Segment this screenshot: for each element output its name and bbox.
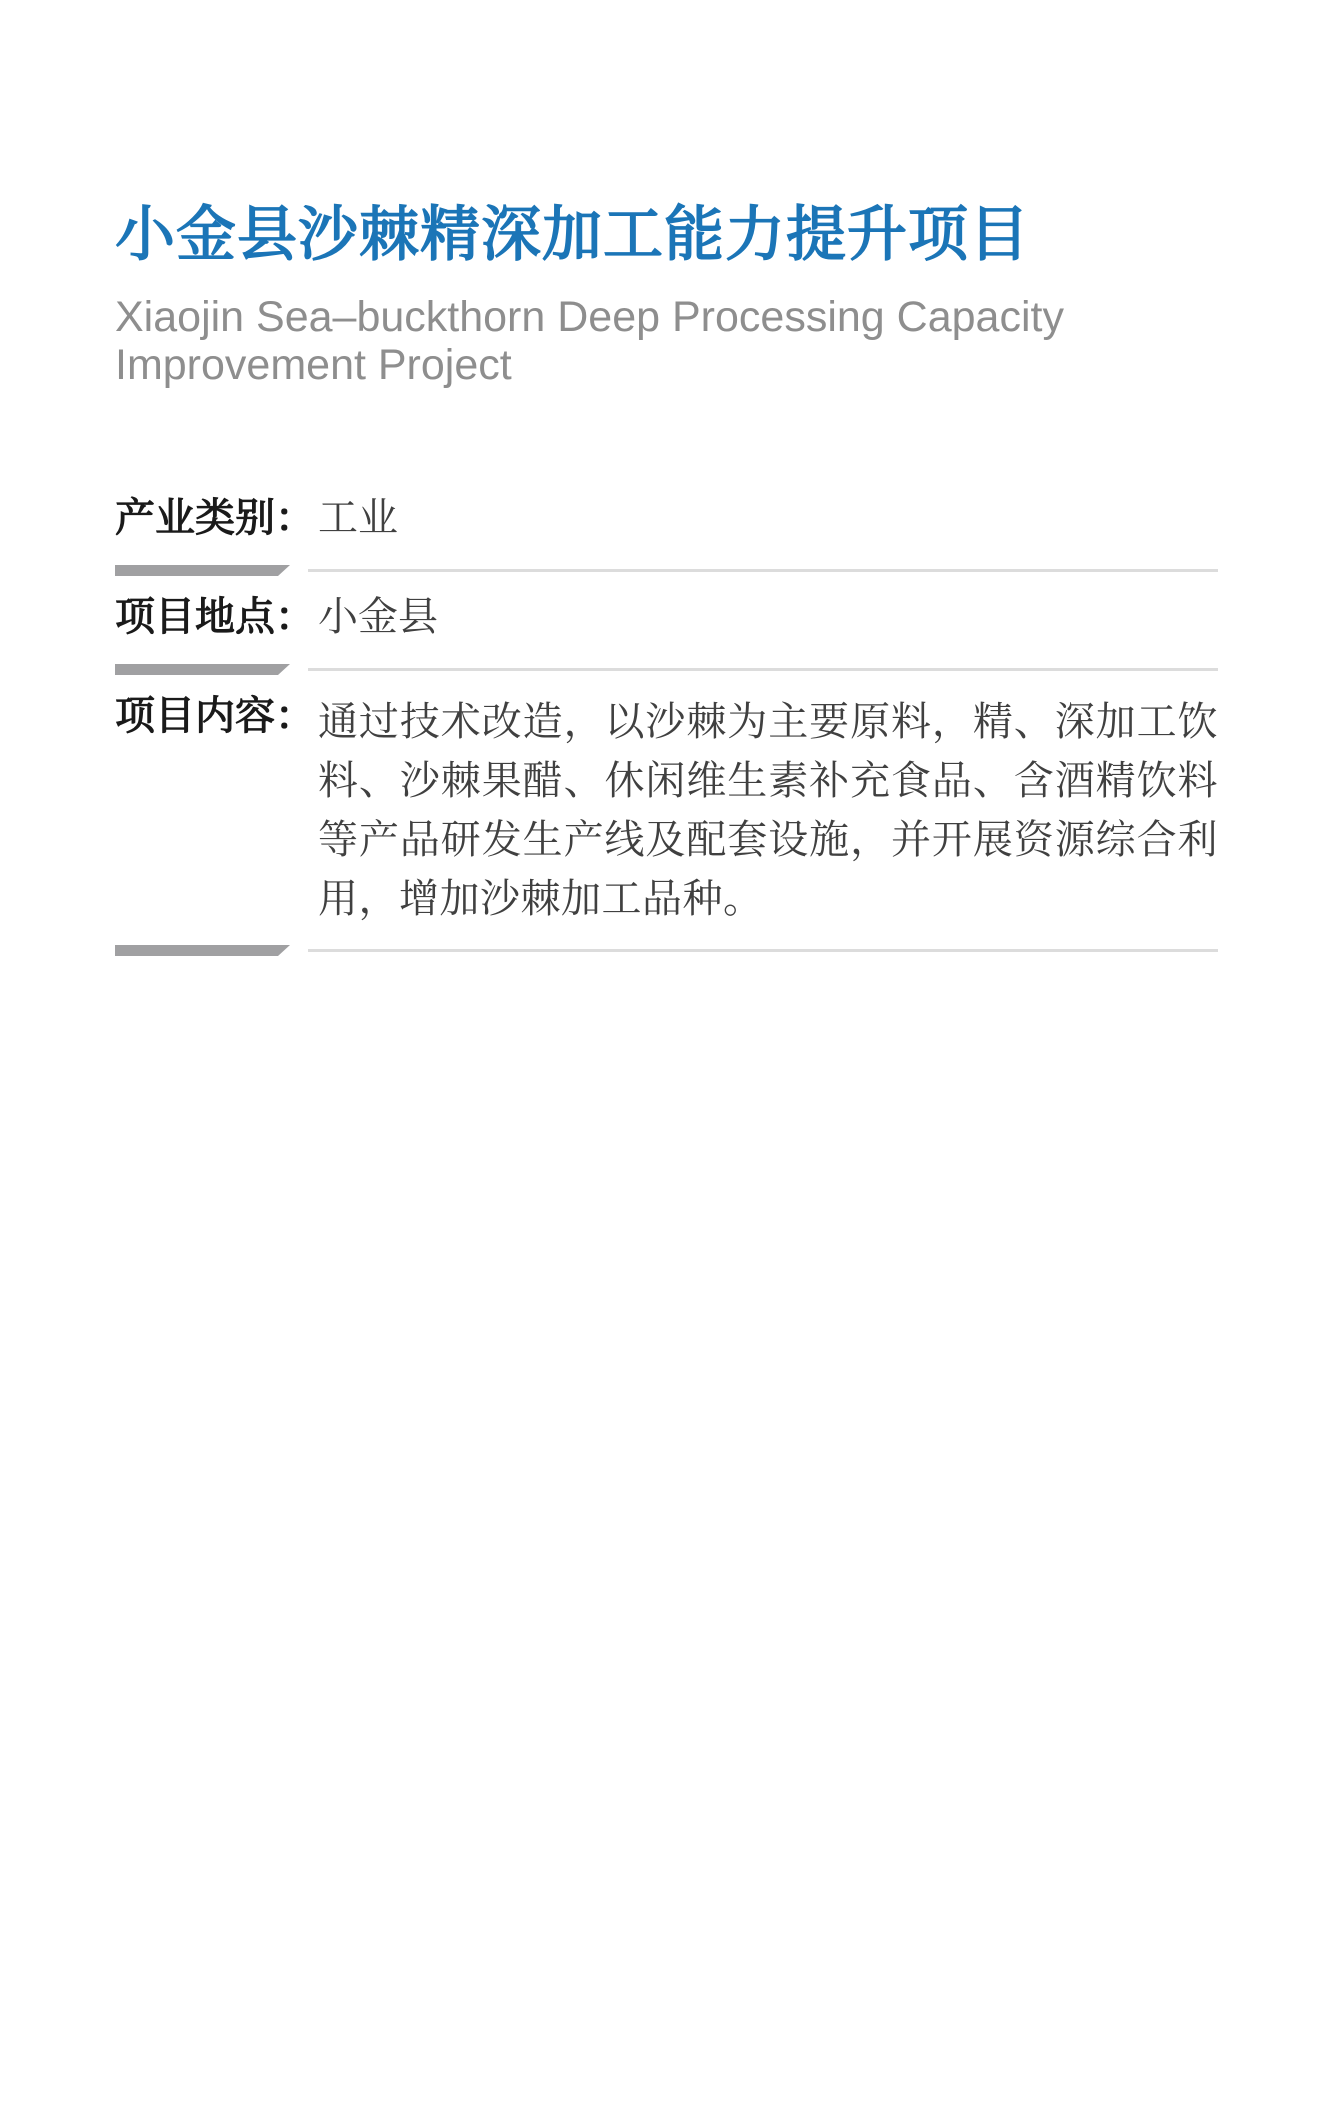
page-subtitle: Xiaojin Sea–buckthorn Deep Processing Ca… [115, 293, 1218, 389]
field-row-industry-category: 产业类别： 工业 [115, 495, 1218, 541]
divider-rule-line [308, 668, 1218, 671]
field-value-industry-category: 工业 [318, 495, 1218, 541]
divider [115, 945, 1218, 956]
divider-rule-line [308, 949, 1218, 952]
document-content: 小金县沙棘精深加工能力提升项目 Xiaojin Sea–buckthorn De… [0, 0, 1334, 956]
page-title: 小金县沙棘精深加工能力提升项目 [115, 200, 1218, 269]
divider-accent-bar [115, 565, 290, 576]
divider-rule-line [308, 569, 1218, 572]
field-list: 产业类别： 工业 项目地点： 小金县 项目内容： 通过技术改造，以沙棘为主要原料… [115, 495, 1218, 956]
divider-accent-bar [115, 664, 290, 675]
field-row-project-content: 项目内容： 通过技术改造，以沙棘为主要原料，精、深加工饮料、沙棘果醋、休闲维生素… [115, 693, 1218, 929]
field-label-project-content: 项目内容： [115, 693, 318, 739]
field-value-project-content: 通过技术改造，以沙棘为主要原料，精、深加工饮料、沙棘果醋、休闲维生素补充食品、含… [318, 693, 1218, 929]
field-value-project-location: 小金县 [318, 594, 1218, 640]
field-label-industry-category: 产业类别： [115, 495, 318, 541]
divider-accent-bar [115, 945, 290, 956]
field-label-project-location: 项目地点： [115, 594, 318, 640]
page-subtitle-line-1: Xiaojin Sea–buckthorn Deep Processing Ca… [115, 293, 1218, 341]
field-row-project-location: 项目地点： 小金县 [115, 594, 1218, 640]
divider [115, 664, 1218, 675]
document-page: 小金县沙棘精深加工能力提升项目 Xiaojin Sea–buckthorn De… [0, 0, 1334, 2102]
divider [115, 565, 1218, 576]
page-subtitle-line-2: Improvement Project [115, 341, 1218, 389]
